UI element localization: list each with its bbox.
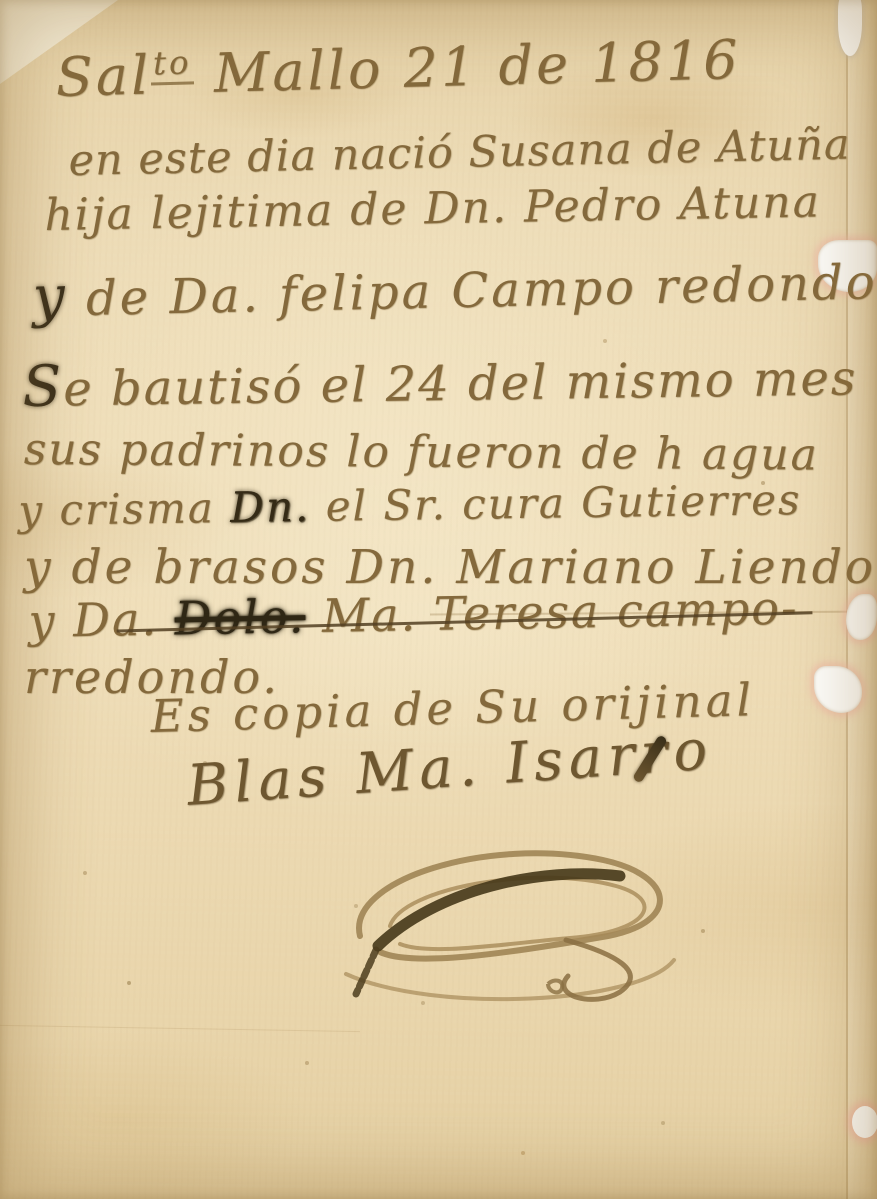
dateline-place: Sal	[55, 44, 152, 109]
rubric-outer-loop	[359, 853, 660, 958]
chrism-blotted-word: Dn.	[230, 482, 311, 532]
godmother-rest: Ma. Teresa campo-	[305, 581, 799, 644]
dateline-superscript: to	[150, 43, 194, 85]
dateline: Salto Mallo 21 de 1816	[55, 28, 741, 109]
vertical-crease	[846, 0, 848, 1199]
chrism-rest: el Sr. cura Gutierres	[310, 475, 802, 531]
crossed-out-word: Dolo.	[174, 589, 306, 645]
rubric-inner-loop	[390, 878, 645, 950]
right-page-edge	[848, 0, 877, 1199]
horizontal-crease-low	[0, 1025, 360, 1032]
rubric-small-dot	[548, 981, 562, 993]
rubric-dark-arc	[378, 874, 620, 946]
rubric-tail-g	[564, 940, 631, 999]
torn-spot-right-bottom	[852, 1106, 877, 1138]
torn-spot-top-edge	[838, 0, 862, 56]
dateline-date: Mallo 21 de 1816	[193, 28, 741, 105]
manuscript-line-mother: y de Da. felipa Campo redondo	[32, 246, 877, 330]
godmother-prefix: y Da.	[28, 591, 175, 648]
manuscript-line-baptism: Se bautisó el 24 del mismo mes	[22, 342, 858, 420]
paper-speckles	[0, 0, 2, 2]
manuscript-line-chrism: y crisma Dn. el Sr. cura Gutierres	[18, 475, 802, 535]
manuscript-line-father: hija lejitima de Dn. Pedro Atuna	[44, 176, 821, 241]
rubric-left-spike	[356, 950, 376, 994]
torn-hole-right-mid	[846, 594, 877, 640]
manuscript-page: Salto Mallo 21 de 1816 en este dia nació…	[0, 0, 877, 1199]
rubric-lower-ellipse	[346, 960, 674, 999]
chrism-prefix: y crisma	[18, 483, 231, 535]
torn-hole-right-lower	[814, 666, 862, 713]
signature-rubric-flourish	[318, 818, 698, 1013]
manuscript-line-godparents-water: sus padrinos lo fueron de h agua	[24, 424, 819, 481]
manuscript-line-birth: en este dia nació Susana de Atuña	[68, 120, 851, 186]
